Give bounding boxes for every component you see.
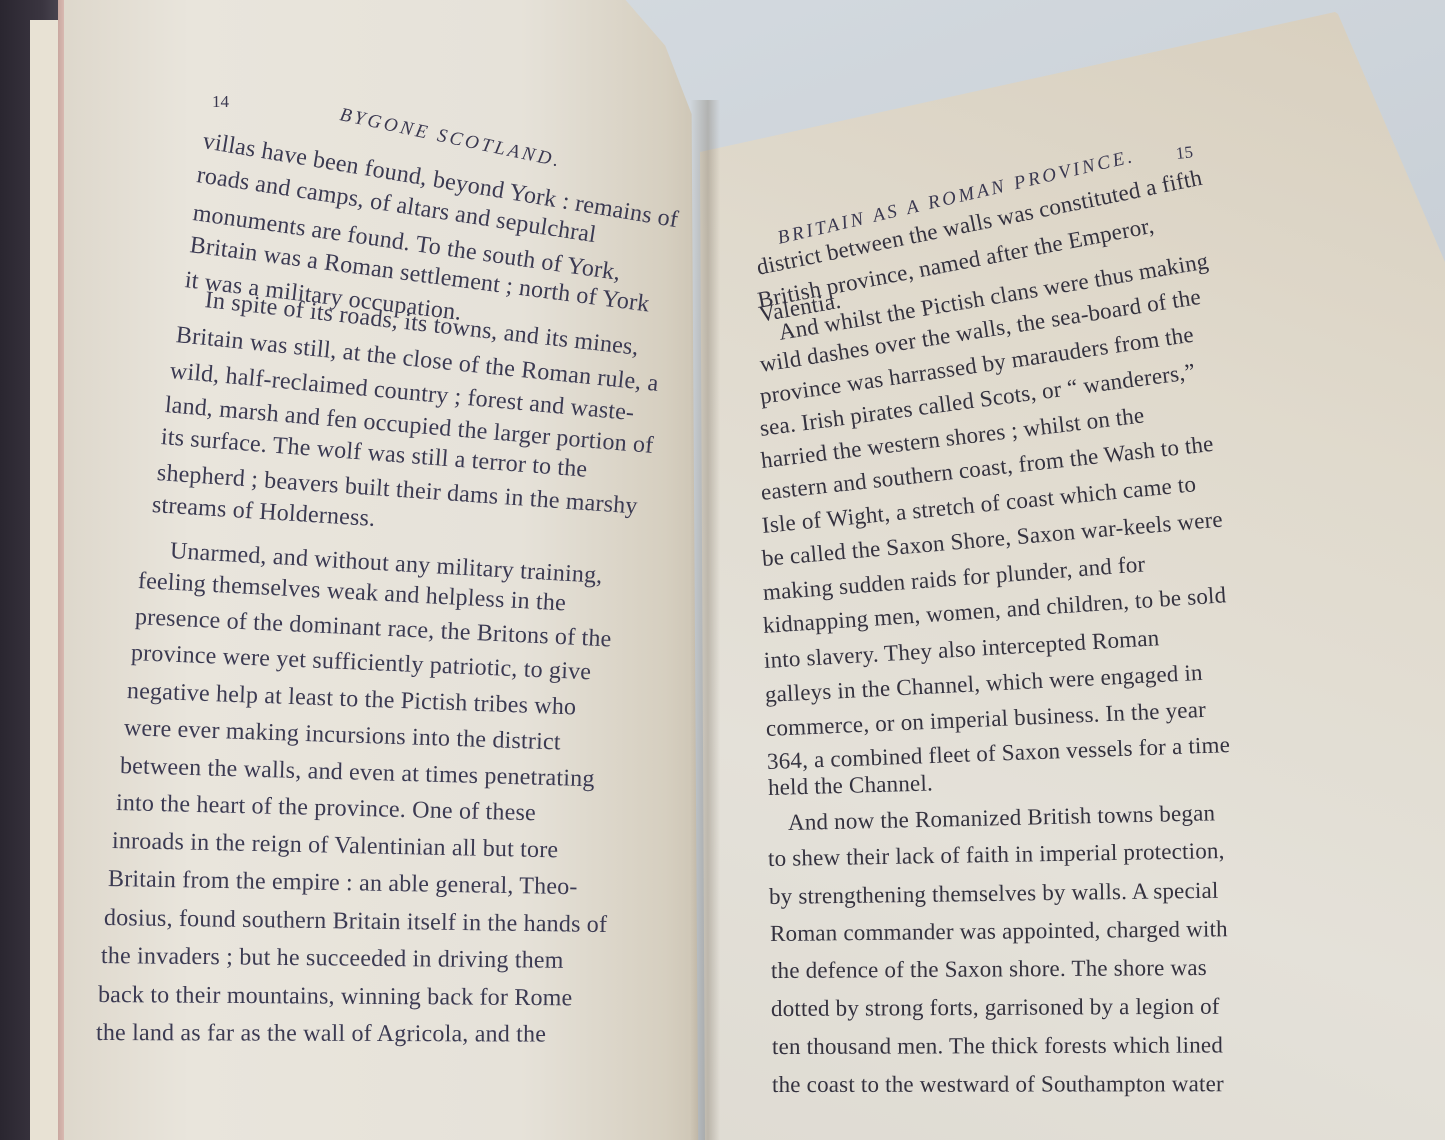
text-line: the land as far as the wall of Agricola,…	[96, 1020, 546, 1049]
text-line: the coast to the westward of Southampton…	[772, 1071, 1224, 1098]
text-line: held the Channel.	[768, 770, 934, 801]
page-number: 15	[1175, 142, 1194, 164]
page-number: 14	[212, 92, 229, 112]
left-page-edge	[58, 0, 64, 1140]
book-gutter	[690, 100, 720, 1140]
text-line: ten thousand men. The thick forests whic…	[772, 1032, 1223, 1060]
text-line: the invaders ; but he succeeded in drivi…	[101, 943, 564, 975]
text-line: back to their mountains, winning back fo…	[98, 982, 573, 1012]
text-line: Roman commander was appointed, charged w…	[770, 916, 1228, 947]
text-line: dotted by strong forts, garrisoned by a …	[771, 994, 1220, 1022]
text-line: the defence of the Saxon shore. The shor…	[771, 955, 1207, 984]
